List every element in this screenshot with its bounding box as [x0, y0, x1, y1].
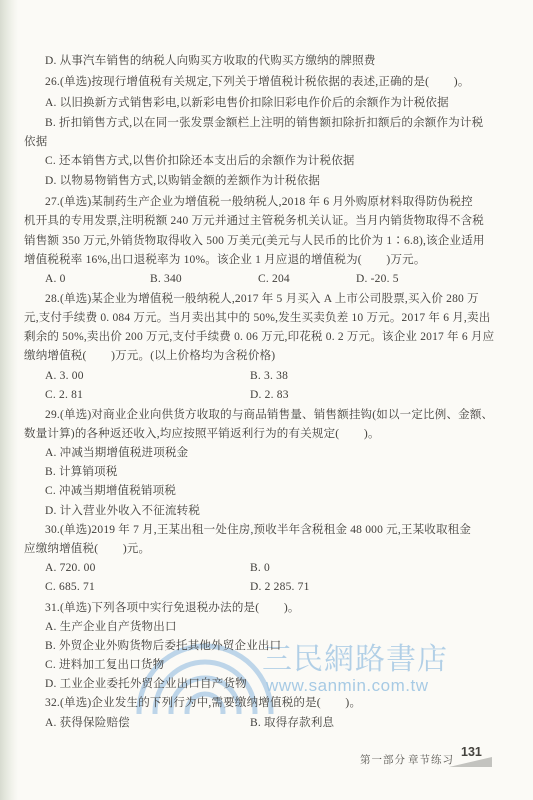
- book-page: 三民網路書店 www.sanmin.com.tw D. 从事汽车销售的纳税人向购…: [0, 0, 533, 800]
- page-number: 131: [461, 745, 482, 759]
- page-footer: 第一部分 章节练习 131: [0, 0, 533, 800]
- footer-chapter-label: 章节练习: [408, 752, 454, 767]
- footer-section-label: 第一部分: [360, 752, 406, 767]
